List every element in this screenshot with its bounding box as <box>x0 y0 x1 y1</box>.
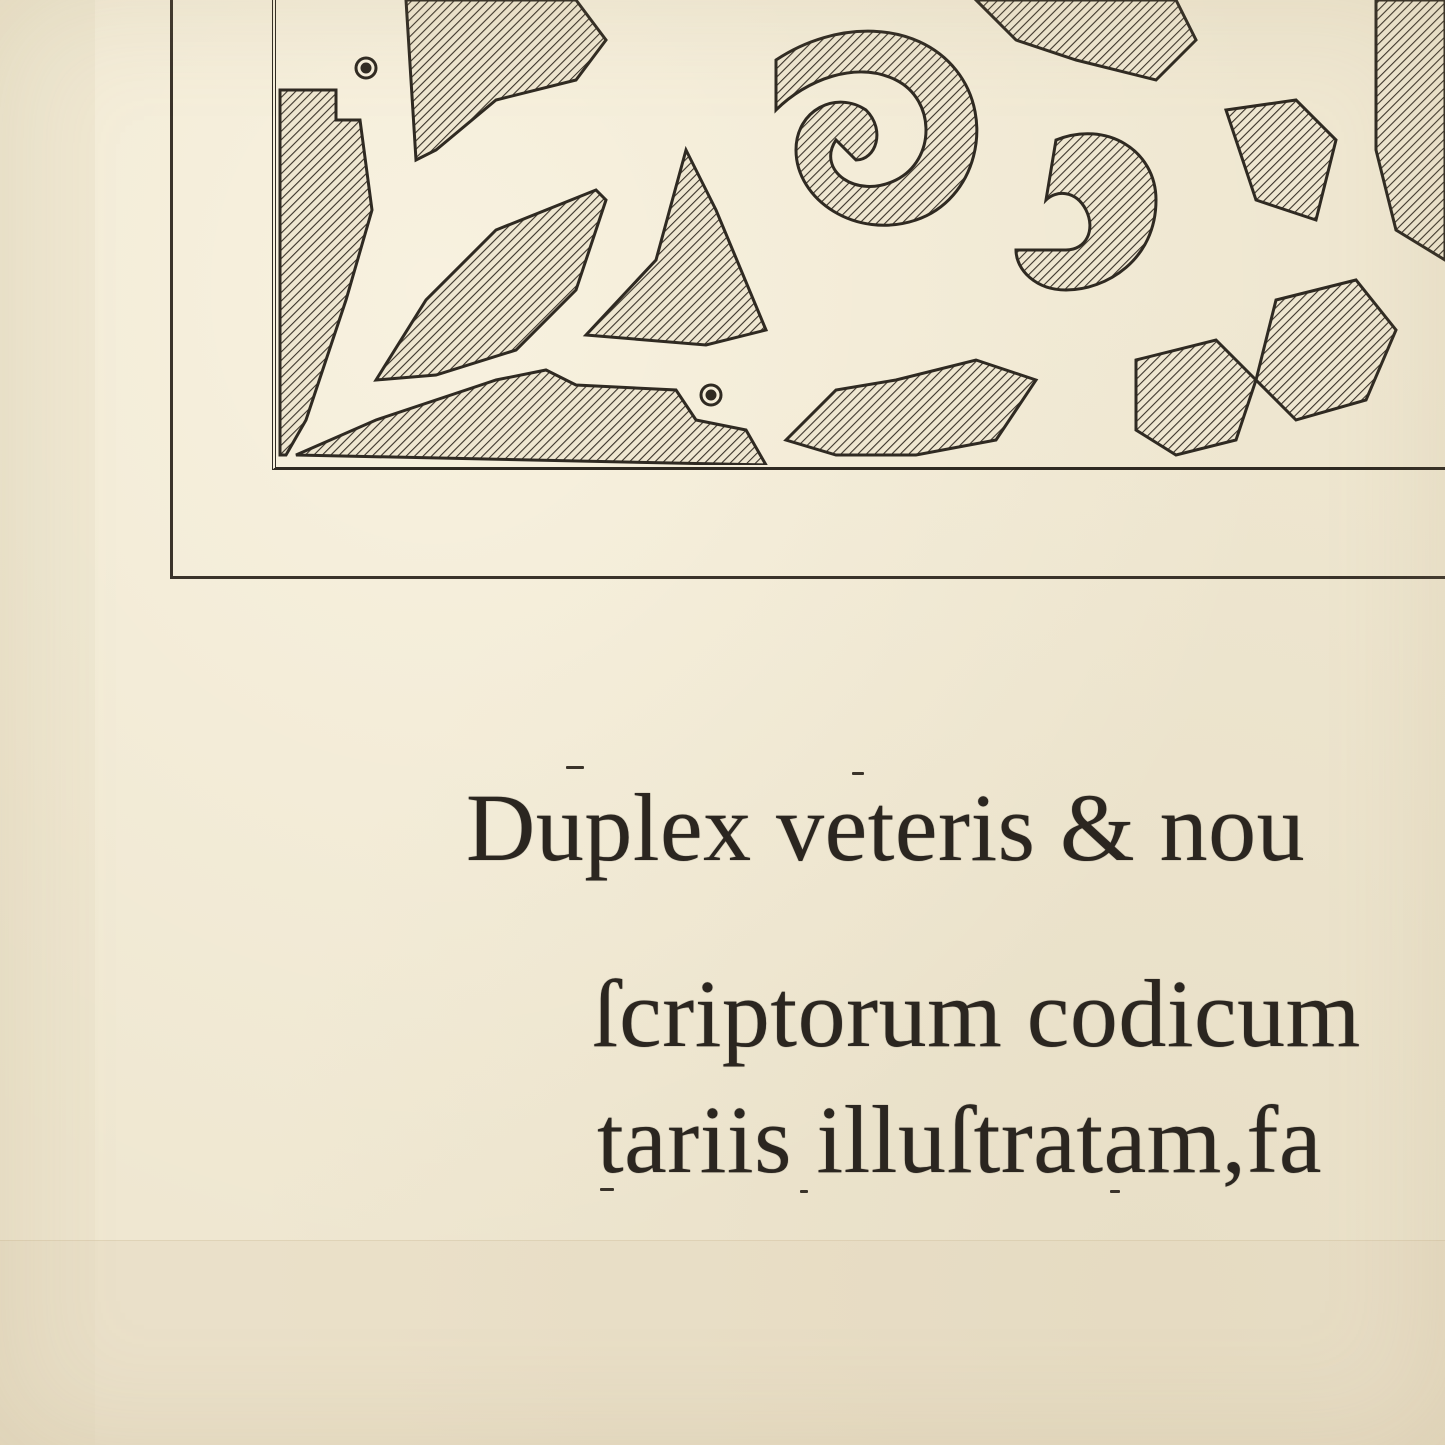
page-vignette <box>0 0 1445 1445</box>
page-background: Duplex veteris & nou ſcriptorum codicum … <box>0 0 1445 1445</box>
